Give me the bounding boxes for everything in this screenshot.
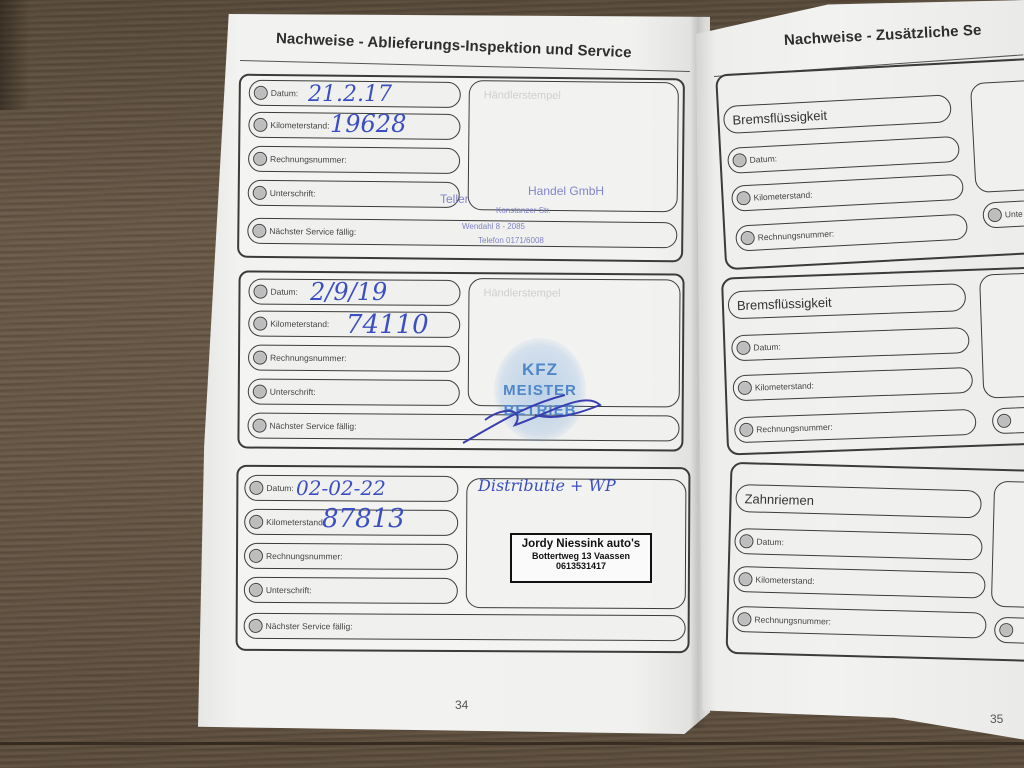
next-service-label: Nächster Service fällig: bbox=[266, 621, 353, 631]
radio-icon[interactable] bbox=[252, 419, 266, 433]
dealer-stamp-line: Konstanzer Str. bbox=[496, 206, 551, 215]
invoice-label: Rechnungsnummer: bbox=[266, 551, 343, 561]
mileage-label: Kilometerstand: bbox=[266, 517, 325, 527]
mileage-field[interactable]: Kilometerstand: bbox=[731, 174, 964, 212]
date-label: Datum: bbox=[753, 342, 781, 353]
invoice-field[interactable]: Rechnungsnummer: bbox=[734, 409, 977, 443]
invoice-label: Rechnungsnummer: bbox=[270, 353, 347, 364]
radio-icon[interactable] bbox=[253, 317, 267, 331]
handwritten-date-3: 02-02-22 bbox=[296, 476, 386, 500]
radio-icon[interactable] bbox=[738, 572, 752, 586]
radio-icon[interactable] bbox=[254, 86, 268, 100]
date-label: Datum: bbox=[271, 88, 299, 98]
radio-icon[interactable] bbox=[253, 385, 267, 399]
dealer-stamp-box bbox=[979, 272, 1024, 399]
dealer-stamp-label: Händlerstempel bbox=[484, 89, 561, 102]
radio-icon[interactable] bbox=[740, 231, 755, 246]
signature-label: Unterschrift: bbox=[266, 585, 312, 595]
mileage-label: Kilometerstand: bbox=[755, 380, 814, 392]
radio-icon[interactable] bbox=[732, 153, 747, 168]
radio-icon[interactable] bbox=[738, 381, 752, 395]
handwritten-date-2: 2/9/19 bbox=[310, 278, 387, 306]
next-service-label: Nächster Service fällig: bbox=[269, 226, 356, 237]
block-heading: Bremsflüssigkeit bbox=[723, 94, 952, 134]
radio-icon[interactable] bbox=[253, 351, 267, 365]
extra-service-block-2: Bremsflüssigkeit Datum: Kilometerstand: … bbox=[721, 266, 1024, 455]
date-field[interactable]: Datum: bbox=[731, 327, 970, 361]
invoice-field[interactable]: Rechnungsnummer: bbox=[244, 543, 458, 570]
radio-icon[interactable] bbox=[739, 423, 753, 437]
invoice-label: Rechnungsnummer: bbox=[757, 229, 834, 243]
stamp-dealer-phone: 0613531417 bbox=[512, 561, 650, 571]
wood-shadow bbox=[0, 0, 30, 110]
date-label: Datum: bbox=[266, 483, 293, 493]
dealer-stamp-box bbox=[970, 79, 1024, 193]
radio-icon[interactable] bbox=[739, 534, 753, 548]
invoice-field[interactable]: Rechnungsnummer: bbox=[732, 606, 987, 639]
date-field[interactable]: Datum: bbox=[727, 136, 960, 174]
next-service-field[interactable]: Nächster Service fällig: bbox=[244, 613, 686, 641]
mileage-label: Kilometerstand: bbox=[755, 575, 814, 587]
invoice-field[interactable]: Rechnungsnummer: bbox=[735, 214, 968, 252]
radio-icon[interactable] bbox=[997, 414, 1011, 428]
radio-icon[interactable] bbox=[249, 549, 263, 563]
invoice-field[interactable]: Rechnungsnummer: bbox=[248, 345, 460, 372]
signature-field[interactable]: Unterschrift: bbox=[248, 379, 460, 406]
dealer-stamp-label: Händlerstempel bbox=[483, 287, 560, 300]
next-service-label: Nächster Service fällig: bbox=[270, 421, 357, 432]
invoice-label: Rechnungsnummer: bbox=[754, 615, 831, 627]
signature-label: Unte bbox=[1005, 209, 1023, 220]
dealer-stamp-line: Handel GmbH bbox=[528, 184, 604, 198]
invoice-label: Rechnungsnummer: bbox=[270, 154, 347, 165]
date-label: Datum: bbox=[756, 537, 784, 548]
radio-icon[interactable] bbox=[249, 619, 263, 633]
mileage-field[interactable]: Kilometerstand: bbox=[733, 566, 986, 599]
dealer-stamp-box bbox=[991, 481, 1024, 609]
dealer-address-stamp: Jordy Niessink auto's Bottertweg 13 Vaas… bbox=[510, 533, 652, 583]
radio-icon[interactable] bbox=[253, 186, 267, 200]
handwritten-note: Distributie + WP bbox=[478, 476, 616, 495]
radio-icon[interactable] bbox=[736, 341, 750, 355]
radio-icon[interactable] bbox=[253, 152, 267, 166]
signature-field[interactable] bbox=[994, 617, 1024, 645]
date-label: Datum: bbox=[270, 287, 297, 297]
radio-icon[interactable] bbox=[249, 583, 263, 597]
block-heading: Zahnriemen bbox=[735, 484, 982, 518]
stamp-line: KFZ bbox=[494, 360, 586, 380]
radio-icon[interactable] bbox=[987, 208, 1002, 223]
mileage-label: Kilometerstand: bbox=[753, 190, 813, 203]
radio-icon[interactable] bbox=[252, 224, 266, 238]
extra-service-block-3: Zahnriemen Datum: Kilometerstand: Rechnu… bbox=[726, 462, 1024, 662]
signature-field[interactable]: Unte bbox=[982, 199, 1024, 229]
radio-icon[interactable] bbox=[253, 118, 267, 132]
handwritten-date-1: 21.2.17 bbox=[308, 82, 392, 107]
radio-icon[interactable] bbox=[999, 623, 1013, 637]
signature-scribble bbox=[455, 385, 615, 450]
signature-label: Unterschrift: bbox=[270, 188, 316, 198]
extra-service-block-1: Bremsflüssigkeit Datum: Kilometerstand: … bbox=[715, 58, 1024, 270]
dealer-stamp-line: Telefon 0171/6008 bbox=[478, 236, 544, 245]
mileage-label: Kilometerstand: bbox=[270, 319, 329, 329]
mileage-field[interactable]: Kilometerstand: bbox=[732, 367, 973, 401]
signature-field[interactable]: Unterschrift: bbox=[244, 577, 458, 604]
service-entry-1: Datum: Kilometerstand: Rechnungsnummer: … bbox=[237, 74, 685, 263]
radio-icon[interactable] bbox=[253, 285, 267, 299]
stamp-dealer-name: Jordy Niessink auto's bbox=[512, 538, 650, 550]
block-heading: Bremsflüssigkeit bbox=[727, 283, 966, 319]
page-number-left: 34 bbox=[455, 698, 468, 712]
page-number-right: 35 bbox=[990, 712, 1003, 726]
invoice-label: Rechnungsnummer: bbox=[756, 422, 833, 435]
floor-seam bbox=[0, 742, 1024, 745]
handwritten-mileage-2: 74110 bbox=[346, 310, 429, 340]
handwritten-mileage-3: 87813 bbox=[322, 504, 405, 534]
invoice-field[interactable]: Rechnungsnummer: bbox=[248, 146, 460, 174]
signature-field[interactable]: Unterschrift: bbox=[248, 180, 460, 208]
radio-icon[interactable] bbox=[736, 191, 751, 206]
date-label: Datum: bbox=[749, 153, 777, 164]
mileage-label: Kilometerstand: bbox=[270, 120, 329, 131]
dealer-stamp-line: Teller bbox=[440, 192, 469, 206]
radio-icon[interactable] bbox=[249, 515, 263, 529]
dealer-stamp-line: Wendahl 8 - 2085 bbox=[462, 222, 525, 231]
signature-label: Unterschrift: bbox=[270, 387, 316, 397]
radio-icon[interactable] bbox=[249, 481, 263, 495]
signature-field[interactable] bbox=[992, 406, 1024, 434]
stamp-dealer-address: Bottertweg 13 Vaassen bbox=[512, 551, 650, 561]
date-field[interactable]: Datum: bbox=[734, 528, 983, 560]
radio-icon[interactable] bbox=[737, 612, 751, 626]
handwritten-mileage-1: 19628 bbox=[330, 110, 406, 138]
